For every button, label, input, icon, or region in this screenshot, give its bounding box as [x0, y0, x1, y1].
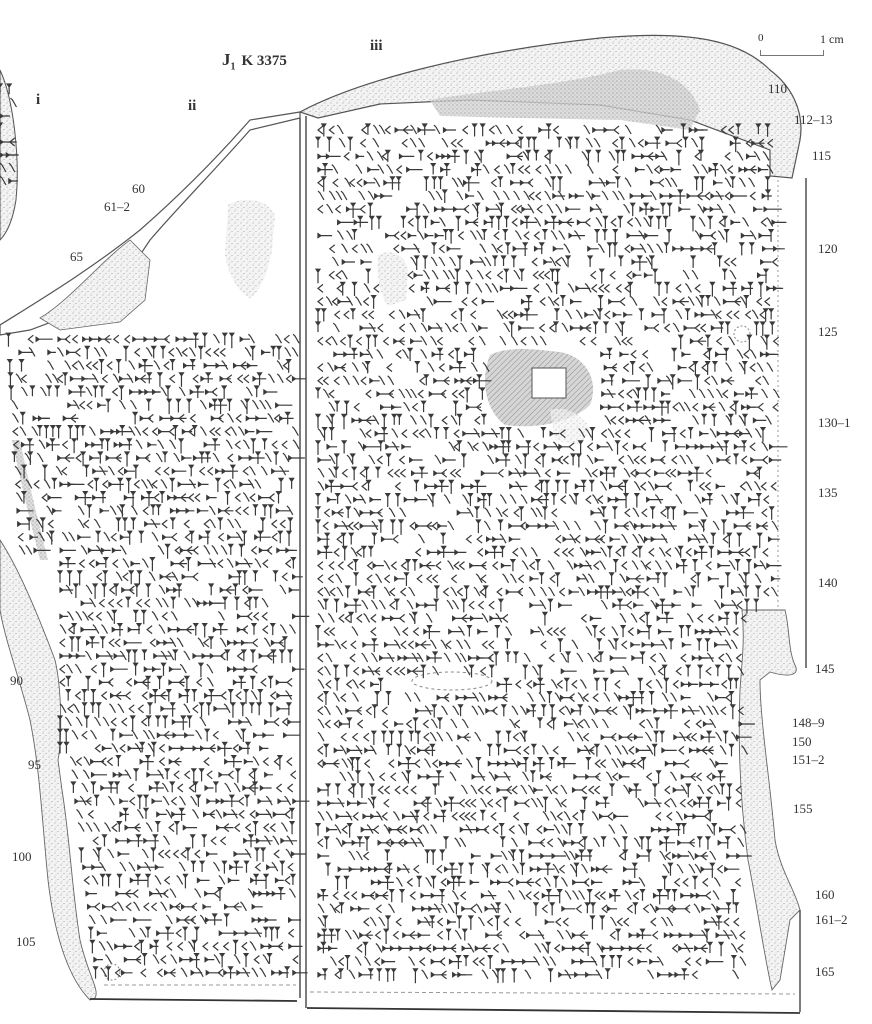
scale-end-label: 1 cm	[820, 32, 844, 47]
line-number-61-2: 61–2	[104, 200, 130, 213]
bottom-edge-col-iii	[307, 1008, 800, 1013]
dashed-erasure-oval	[412, 672, 492, 690]
line-number-95: 95	[28, 758, 41, 771]
left-edge-lower-stipple	[0, 540, 96, 1000]
line-number-115: 115	[812, 149, 831, 162]
damage-patch-col-ii	[225, 200, 275, 298]
line-number-112-13: 112–13	[794, 113, 833, 126]
cuneiform-signs	[0, 84, 787, 983]
tablet-siglum: J1K 3375	[222, 50, 287, 72]
siglum-letter: J	[222, 50, 231, 69]
line-number-130-1: 130–1	[818, 416, 851, 429]
line-number-150: 150	[792, 735, 812, 748]
line-number-140: 140	[818, 576, 838, 589]
line-number-120: 120	[818, 242, 838, 255]
line-number-151-2: 151–2	[792, 753, 825, 766]
right-edge-stipple	[739, 610, 800, 990]
line-number-90: 90	[10, 674, 23, 687]
line-number-100: 100	[12, 850, 32, 863]
line-number-155: 155	[793, 802, 813, 815]
line-number-125: 125	[818, 325, 838, 338]
line-number-148-9: 148–9	[792, 716, 825, 729]
central-intact-block	[532, 368, 566, 398]
scale-start-label: 0	[758, 32, 764, 44]
scale-bar-line	[760, 50, 824, 56]
bottom-edge-col-ii	[90, 999, 297, 1001]
column-label-iii: iii	[370, 38, 383, 55]
scale-bar: 0 1 cm	[758, 32, 868, 62]
column-label-i: i	[36, 92, 40, 109]
line-number-160: 160	[815, 888, 835, 901]
line-number-165: 165	[815, 965, 835, 978]
column-label-ii: ii	[188, 98, 196, 115]
line-number-145: 145	[815, 662, 835, 675]
damage-patch-col-iii-a	[377, 252, 408, 306]
dashed-circle-upper	[734, 326, 750, 342]
line-number-161-2: 161–2	[815, 913, 848, 926]
line-number-105: 105	[16, 935, 36, 948]
line-number-65: 65	[70, 250, 83, 263]
tablet-figure: J1K 3375 0 1 cm iiiiii 6061–265909510010…	[0, 0, 872, 1024]
damage-patch-col-iii-b	[550, 409, 590, 445]
line-number-110: 110	[768, 82, 787, 95]
museum-number: K 3375	[242, 53, 287, 69]
bottom-dashed-col-iii	[310, 992, 795, 994]
siglum-subscript: 1	[231, 61, 236, 72]
stipple-patch-65	[40, 240, 150, 330]
tablet-drawing	[0, 0, 872, 1024]
line-number-135: 135	[818, 486, 838, 499]
line-number-60: 60	[132, 182, 145, 195]
